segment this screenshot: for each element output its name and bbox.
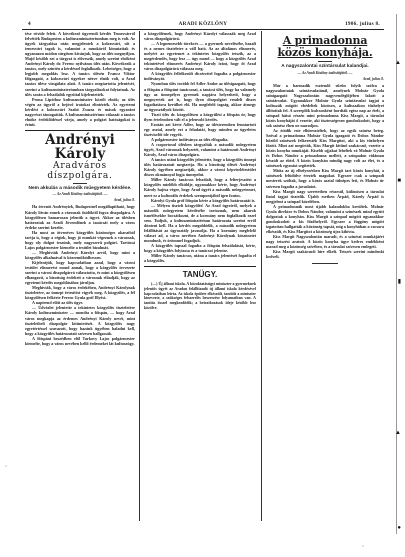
paragraph: Kiss Margit Nagyszalontán maradt, és a s… (266, 234, 384, 249)
margin-mark: ▲ (395, 430, 401, 436)
short-rule (318, 61, 332, 62)
article-headline: A primadonna közös konyhája. (266, 35, 384, 59)
column-2: a közgyűlésnek, hogy Andrényi Károlyt vá… (144, 31, 256, 310)
paragraph: Kiss Margit nagy szeretetben részesül, k… (266, 189, 384, 204)
scan-speck (362, 545, 364, 547)
margin-mark: ● (397, 525, 401, 531)
tanugy-section: TANÜGY. (—) Új állami iskola. A közoktat… (144, 266, 256, 310)
paragraph: — Mélyen tisztelt közgyűlés! Az Arad ügy… (144, 203, 256, 243)
newspaper-page: 4 ARADI KÖZLÖNY 1906. julius 8. tése röv… (22, 0, 384, 557)
article-headline: Andrényi Károly (25, 133, 135, 161)
paragraph: Miller Károly tanácsos felszólalt, hogy … (144, 177, 256, 197)
margin-mark: ▲ (395, 60, 401, 66)
paragraph: Ha ötvenöt Andrényiek, Budapestnél megál… (25, 204, 135, 229)
article-separator (25, 130, 135, 131)
paragraph: Már a harmadik esztendő sűrűn folyik szó… (266, 83, 384, 128)
paragraph: Az ötödik este elhíreszteltek, hogy az e… (266, 128, 384, 168)
paragraph: Prona Lipóthoz kultuszminiszter közölt e… (25, 97, 135, 127)
column-divider (139, 31, 140, 521)
paragraph: A tanács utáni közgyűlés jelentette, hog… (144, 157, 256, 177)
paragraph: Miller Károly tanácsos, utána a tanács j… (144, 253, 256, 263)
paragraph: Nyomban ülés tovább fel Adler Andor az ü… (144, 81, 256, 111)
paragraph: Ezután azt kérte Adler, hogy az üléstere… (144, 122, 256, 137)
column-1: tése rövide felett. A következő ügyrendi… (25, 31, 135, 346)
paragraph: a közgyűlésnek, hogy Andrényi Károlyt vá… (144, 31, 256, 41)
page-edge-line (396, 14, 397, 534)
article-deck: A nagyszalontai színtársulat kalandjai. (266, 64, 384, 70)
paragraph: A főispáni beszédben elől Tarkovy Lajos … (25, 336, 135, 346)
article-deck: Nem akkulás a második műegyetem kérdése. (25, 186, 135, 192)
paragraph: A közgyűlés fellelkesült dicsérettel fog… (144, 71, 256, 81)
paragraph: — Meghívták Andrényi Károlyt arról, hogy… (25, 250, 135, 260)
paragraph: A primadonnák most újabb kalandokba kerü… (266, 204, 384, 234)
issue-date: 1906. julius 8. (345, 21, 380, 27)
paragraph: Kijelentjük, hogy kapcsolatban azzal, ho… (25, 260, 135, 285)
paragraph: Ha most az ötvenéves közgyűlés közönsége… (25, 230, 135, 250)
column-3: A primadonna közös konyhája. A nagyszalo… (266, 31, 384, 264)
article-byline: — Az Aradi Közlöny tudósítójától. — (266, 71, 384, 76)
short-rule (73, 183, 87, 184)
article-byline: — Az Aradi Közlöny tudósítójától. — (25, 192, 135, 197)
paragraph: — Üdvözlet jelentette a tekintetes közgy… (25, 305, 135, 335)
end-rule (312, 263, 338, 264)
paragraph: Meghívták, hogy a város érdekében, André… (25, 285, 135, 300)
section-heading: TANÜGY. (144, 270, 256, 280)
margin-mark: ▮ (398, 278, 401, 285)
paragraph: A csoportosul ülésben tárgyalták a másod… (144, 142, 256, 157)
column-divider (261, 31, 262, 521)
article-dateline: Arad, julius 8. (25, 198, 135, 203)
paragraph: A közgyűlés tapssal fogadta a főispán fe… (144, 243, 256, 253)
article-subheadline: Aradváros díszpolgára. (25, 161, 135, 181)
paragraph: Mióta az új elhelyezésben Kiss Margit ta… (266, 168, 384, 188)
header-rule (22, 29, 384, 30)
paragraph: tése rövide felett. A következő ügyrendi… (25, 31, 135, 97)
paragraph: Kiss Margit szakácsnői híre elkelt. Tets… (266, 249, 384, 259)
paragraph: (—) Új állami iskola. A közoktatásügyi m… (144, 282, 256, 310)
paragraph: Tiszti ülés dr. közgyűlésen a közgyűlési… (144, 112, 256, 122)
newspaper-title: ARADI KÖZLÖNY (22, 21, 384, 27)
paragraph: — A legnemesebb törekvés — a gyermek nev… (144, 41, 256, 71)
margin-mark: ■ (397, 178, 401, 184)
scan-speck (5, 465, 7, 467)
article-dateline: Arad, julius 8. (266, 77, 384, 82)
paragraph: Károlyi Gyula gróf főispán kérte a közgy… (144, 198, 256, 203)
